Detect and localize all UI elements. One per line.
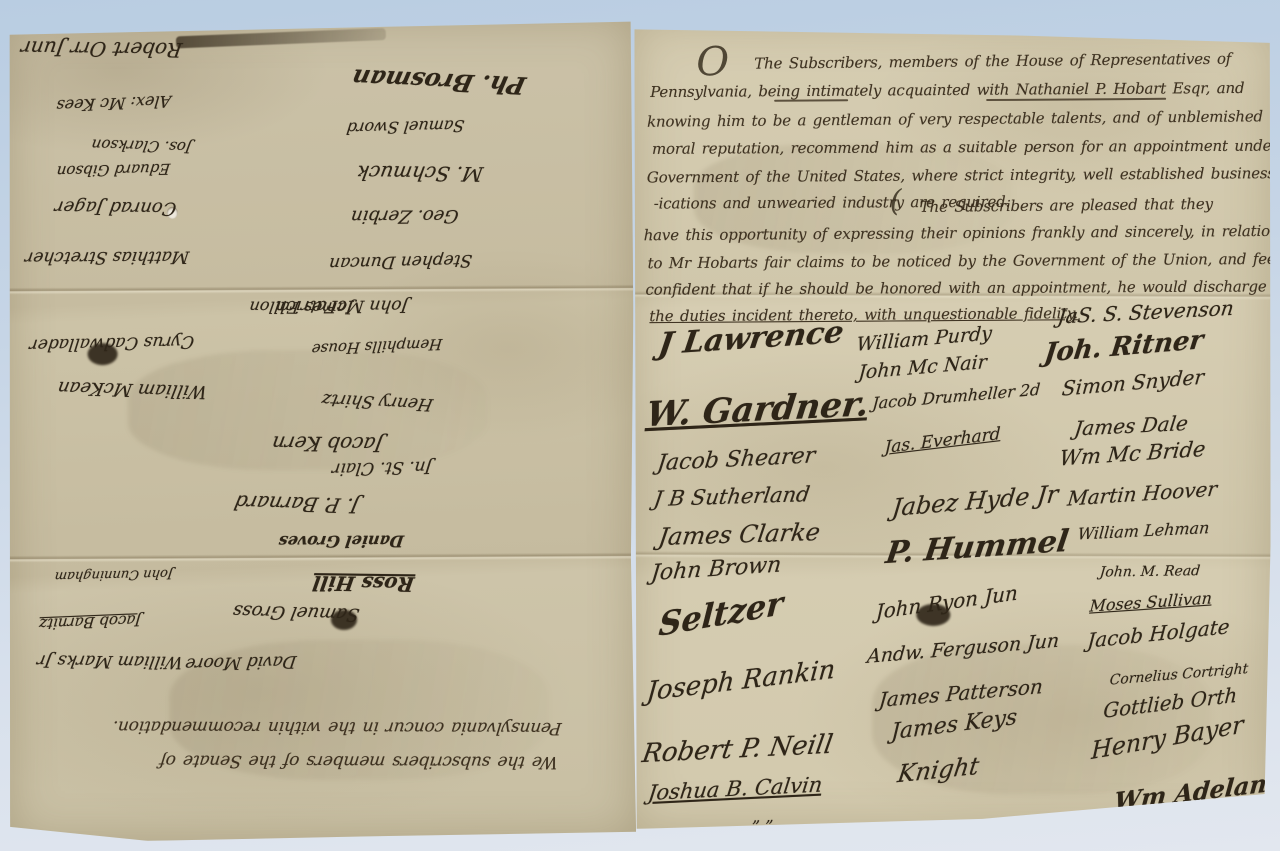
ditto-marks: „ „ — [752, 807, 774, 827]
manuscript-line: Government of the United States, where s… — [647, 164, 1273, 187]
manuscript-line: confident that if he should be honored w… — [645, 277, 1266, 298]
signature: J. P. Barnard — [232, 490, 362, 518]
signature: John Brown — [650, 552, 783, 586]
signature: Matthias Stretcher — [24, 247, 191, 268]
signature: Jos. Clarkson — [90, 135, 193, 156]
signature: William Purdy — [856, 322, 993, 356]
signature: David Moore — [184, 651, 298, 674]
fold-crease — [7, 284, 633, 294]
signature: Hemphills House — [311, 335, 443, 358]
manuscript-line: to Mr Hobarts fair claims to be noticed … — [648, 250, 1273, 272]
signature: Ross Hill — [311, 571, 416, 596]
ink-smear — [176, 28, 386, 48]
signature: Joshua B. Calvin — [647, 772, 824, 805]
signature: Joseph Rankin — [645, 654, 836, 707]
signature: Simon Snyder — [1061, 364, 1205, 400]
signature: Jacob Holgate — [1087, 614, 1231, 653]
manuscript-line: The Subscribers are pleased that they — [920, 195, 1213, 216]
manuscript-line: knowing him to be a gentleman of very re… — [647, 107, 1263, 130]
opening-flourish: O — [696, 39, 729, 85]
left-page: Robert Orr Junr Alex: Mc Kees Jos. Clark… — [6, 18, 636, 841]
signature: W. Gardner. — [644, 384, 871, 435]
signature: JaS. S. Stevenson — [1056, 296, 1235, 329]
document-photo: Robert Orr Junr Alex: Mc Kees Jos. Clark… — [0, 0, 1280, 851]
underline — [774, 99, 848, 102]
manuscript-line: We the subscribers members of the Senate… — [36, 743, 560, 779]
signature: Jn. St. Clair — [331, 457, 433, 479]
signature: Robert Orr Junr — [19, 36, 184, 62]
signature: William McKean — [56, 377, 209, 402]
signature: Ph. Brosman — [349, 63, 528, 100]
signature: Jacob Drumheller 2d — [872, 380, 1041, 413]
manuscript-line: Pennsylvania concur in the within recomm… — [40, 709, 564, 745]
signature: J B Sutherland — [652, 482, 811, 511]
signature: Jacob Barnitz — [38, 611, 142, 633]
signature: Conrad Jager — [53, 196, 178, 218]
signature: Daniel Groves — [277, 532, 405, 552]
signature: Moses Sullivan — [1089, 588, 1213, 615]
signature: Martin Hoover — [1066, 476, 1218, 510]
signature: William Marks Jr — [36, 650, 185, 672]
right-page: O ( The Subscribers, members of the Hous… — [632, 23, 1273, 831]
signature: P. Hummel — [884, 524, 1071, 572]
signature: John Mc Nair — [858, 351, 988, 384]
signature: William Lehman — [1077, 518, 1210, 544]
signature: Wm Mc Bride — [1058, 437, 1206, 471]
signature: Jacob Kern — [270, 431, 385, 456]
manuscript-line: moral reputation, recommend him as a sui… — [652, 136, 1272, 157]
senate-note: We the subscribers members of the Senate… — [36, 709, 563, 779]
signature: Joh. Ritner — [1042, 325, 1205, 369]
signature: James Clarke — [657, 518, 822, 551]
signature: John McFatrich — [274, 296, 410, 317]
signature: John Cunningham — [54, 566, 174, 584]
signature: John. M. Read — [1099, 563, 1201, 580]
signature: Eduard Gibson — [56, 160, 172, 181]
signature: Jas. Everhard — [884, 424, 1001, 458]
signature: Robert P. Neill — [640, 730, 835, 770]
underline — [986, 98, 1166, 101]
signature: Seltzer — [658, 584, 785, 644]
signature: Samuel Gross — [231, 600, 361, 625]
signature: Geo. Zerbin — [349, 205, 460, 227]
signature: Stephen Duncan — [328, 250, 473, 273]
signature: Jacob Shearer — [656, 443, 817, 476]
manuscript-line: The Subscribers, members of the House of… — [754, 50, 1231, 73]
signature: Jabez Hyde Jr — [891, 480, 1060, 522]
signature: Samuel Sword — [345, 116, 465, 138]
signature: Cyrus Cadwallader — [28, 331, 195, 355]
signature: Alex: Mc Kees — [55, 92, 172, 116]
manuscript-line: the duties incident thereto, with unques… — [649, 304, 1078, 325]
signature: James Dale — [1073, 411, 1189, 441]
manuscript-line: have this opportunity of expressing thei… — [644, 222, 1273, 244]
fold-crease — [9, 552, 635, 562]
signature: M. Schmuck — [355, 161, 485, 186]
